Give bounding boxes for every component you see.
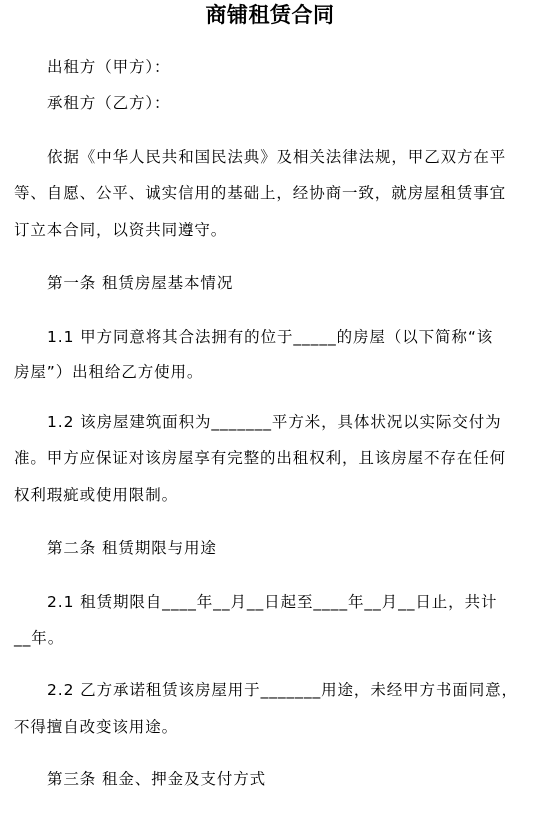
document-title: 商铺租赁合同 (0, 2, 540, 28)
article-heading: 第一条 租赁房屋基本情况 (47, 273, 540, 293)
article-heading: 第二条 租赁期限与用途 (47, 538, 540, 558)
clause-line: 2.1 租赁期限自____年__月__日起至____年__月__日止，共计 (47, 592, 540, 612)
clause-line: 房屋”）出租给乙方使用。 (14, 362, 534, 382)
clause-line: 1.2 该房屋建筑面积为_______平方米，具体状况以实际交付为 (47, 412, 540, 432)
preamble-line: 依据《中华人民共和国民法典》及相关法律法规，甲乙双方在平 (47, 147, 540, 167)
clause-line: __年。 (14, 628, 534, 648)
lessee-field-label: 承租方（乙方）： (47, 93, 540, 113)
clause-line: 2.2 乙方承诺租赁该房屋用于_______用途，未经甲方书面同意， (47, 680, 540, 700)
article-heading: 第三条 租金、押金及支付方式 (47, 769, 540, 789)
clause-line: 1.1 甲方同意将其合法拥有的位于_____的房屋（以下简称“该 (47, 327, 540, 347)
lessor-field-label: 出租方（甲方）： (47, 57, 540, 77)
clause-line: 不得擅自改变该用途。 (14, 717, 534, 737)
preamble-line: 订立本合同，以资共同遵守。 (14, 220, 534, 240)
clause-line: 准。甲方应保证对该房屋享有完整的出租权利，且该房屋不存在任何 (14, 448, 534, 468)
preamble-line: 等、自愿、公平、诚实信用的基础上，经协商一致，就房屋租赁事宜 (14, 183, 534, 203)
clause-line: 权利瑕疵或使用限制。 (14, 485, 534, 505)
